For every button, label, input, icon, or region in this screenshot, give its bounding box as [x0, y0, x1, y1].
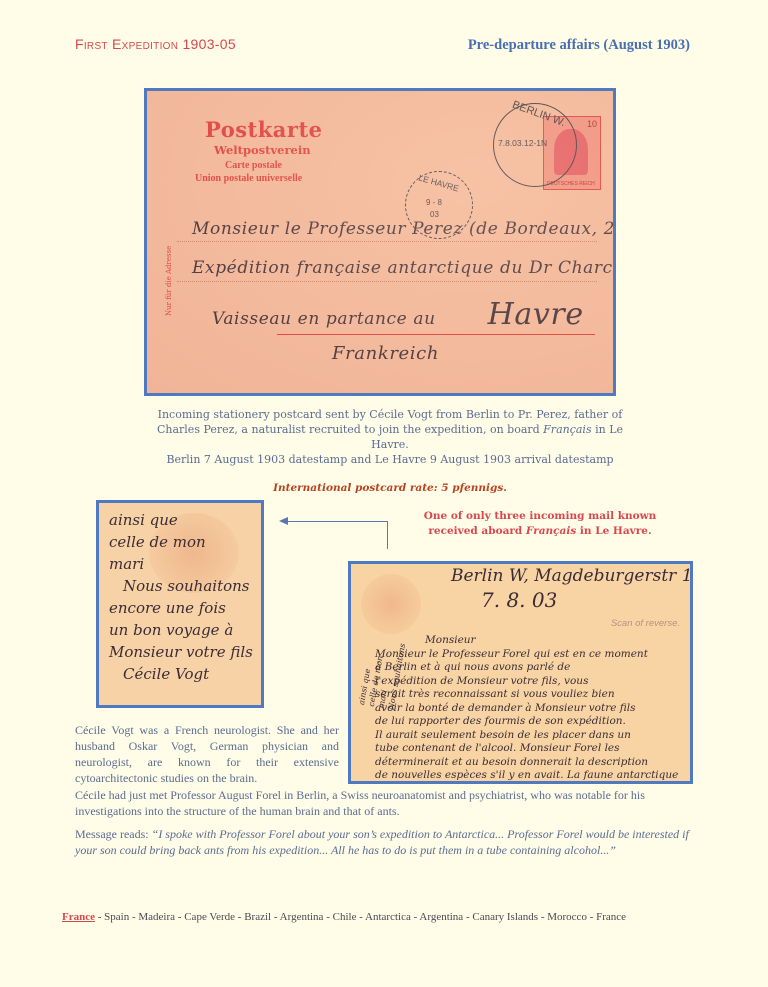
reverse-line: déterminerait et au besoin donnerait la …: [375, 756, 693, 770]
address-country: Frankreich: [332, 343, 439, 364]
rarity-note: One of only three incoming mail known re…: [405, 509, 675, 539]
address-line-3: Vaisseau en partance auHavre: [212, 297, 584, 332]
detail-line: ainsi que: [109, 509, 253, 531]
reverse-line: des fourmis est très intéressante d'aprè…: [375, 783, 693, 785]
reverse-date: 7. 8. 03: [481, 588, 557, 612]
caption-datestamps: Berlin 7 August 1903 datestamp and Le Ha…: [166, 453, 613, 466]
pointer-arrow-line: [387, 521, 388, 549]
postcard-front-image: Postkarte Weltpostverein Carte postale U…: [144, 88, 616, 396]
detail-line: encore une fois: [109, 597, 253, 619]
berlin-postmark: BERLIN W. 7.8.03.12-1N: [493, 103, 577, 187]
route-stop: Antarctica: [365, 911, 411, 923]
section-title: First Expedition 1903-05: [75, 36, 236, 52]
postcard-title: Postkarte: [205, 117, 323, 142]
route-stop: Chile: [333, 911, 357, 923]
detail-line: Cécile Vogt: [123, 663, 253, 685]
reverse-body: MonsieurMonsieur le Professeur Forel qui…: [375, 634, 693, 784]
route-current-stop[interactable]: France: [62, 911, 95, 923]
route-stop: Argentina: [419, 911, 463, 923]
address-guideline: [177, 281, 597, 283]
detail-handwriting: ainsi quecelle de monmariNous souhaitons…: [109, 509, 253, 685]
berlin-postmark-place: BERLIN W.: [511, 99, 567, 129]
route-stop: Cape Verde: [184, 911, 235, 923]
arrow-left-icon: [279, 517, 288, 525]
postcard-side-note: Nur für die Adresse: [165, 236, 173, 316]
address-underline: [277, 334, 595, 335]
route-stop: Madeira: [138, 911, 175, 923]
message-label: Message reads:: [75, 827, 152, 841]
postage-rate: International postcard rate: 5 pfennigs.: [140, 482, 640, 494]
reverse-line: l'expédition de Monsieur votre fils, vou…: [375, 675, 693, 689]
postcard-reverse-image: Berlin W, Magdeburgerstr 16 7. 8. 03 Sca…: [348, 561, 693, 784]
postcard-subtitle-de: Weltpostverein: [214, 143, 311, 157]
reverse-heading: Berlin W, Magdeburgerstr 16: [451, 566, 693, 586]
reverse-line: de nouvelles espèces s'il y en avait. La…: [375, 769, 693, 783]
stamp-value: 10: [587, 119, 597, 129]
address-guideline: [177, 241, 597, 243]
route-stop: Spain: [104, 911, 129, 923]
expedition-route: France - Spain - Madeira - Cape Verde - …: [62, 911, 626, 923]
reverse-line: serait très reconnaissant si vous voulie…: [375, 688, 693, 702]
message-quote: “I spoke with Professor Forel about your…: [75, 827, 689, 857]
reverse-line: de lui rapporter des fourmis de son expé…: [375, 715, 693, 729]
message-translation: Message reads: “I spoke with Professor F…: [75, 826, 695, 858]
detail-line: un bon voyage à: [109, 619, 253, 641]
address-city: Havre: [488, 297, 584, 332]
route-stop: Canary Islands: [472, 911, 538, 923]
bio-paragraph-1: Cécile Vogt was a French neurologist. Sh…: [75, 722, 339, 786]
route-stop: France: [596, 911, 626, 923]
bio-paragraph-2: Cécile had just met Professor August For…: [75, 787, 695, 819]
berlin-postmark-date: 7.8.03.12-1N: [498, 138, 547, 148]
postcard-caption: Incoming stationery postcard sent by Céc…: [140, 407, 640, 467]
route-stop: Argentina: [280, 911, 324, 923]
reverse-line: Il aurait seulement besoin de les placer…: [375, 729, 693, 743]
reverse-line: Monsieur le Professeur Forel qui est en …: [375, 648, 693, 662]
detail-line: celle de mon: [109, 531, 253, 553]
rarity-note-end: in Le Havre.: [576, 525, 651, 537]
reverse-line: Monsieur: [425, 634, 693, 648]
address-line-3-text: Vaisseau en partance au: [212, 309, 436, 329]
reverse-line: tube contenant de l'alcool. Monsieur For…: [375, 742, 693, 756]
pointer-arrow-line: [287, 521, 388, 522]
postcard-subtitle-fr: Carte postale: [225, 160, 282, 171]
message-detail-image: ainsi quecelle de monmariNous souhaitons…: [96, 500, 264, 708]
rarity-note-ship: Français: [526, 525, 576, 537]
route-stop: Brazil: [244, 911, 271, 923]
caption-ship: Français: [543, 423, 591, 436]
route-stop: Morocco: [547, 911, 587, 923]
detail-line: Monsieur votre fils: [109, 641, 253, 663]
address-line-2: Expédition française antarctique du Dr C…: [192, 258, 616, 278]
reverse-line: avoir la bonté de demander à Monsieur vo…: [375, 702, 693, 716]
havre-postmark-year: 03: [430, 210, 439, 219]
havre-postmark-place: LE HAVRE: [417, 172, 460, 193]
address-line-1: Monsieur le Professeur Perez (de Bordeau…: [192, 219, 616, 239]
detail-line: Nous souhaitons: [123, 575, 253, 597]
reverse-line: à Berlin et à qui nous avons parlé de: [375, 661, 693, 675]
havre-postmark-date: 9 - 8: [426, 198, 442, 207]
postcard-subtitle-union: Union postale universelle: [195, 173, 302, 184]
scan-label: Scan of reverse.: [611, 618, 680, 629]
page-title: Pre-departure affairs (August 1903): [468, 37, 690, 54]
detail-line: mari: [109, 553, 253, 575]
